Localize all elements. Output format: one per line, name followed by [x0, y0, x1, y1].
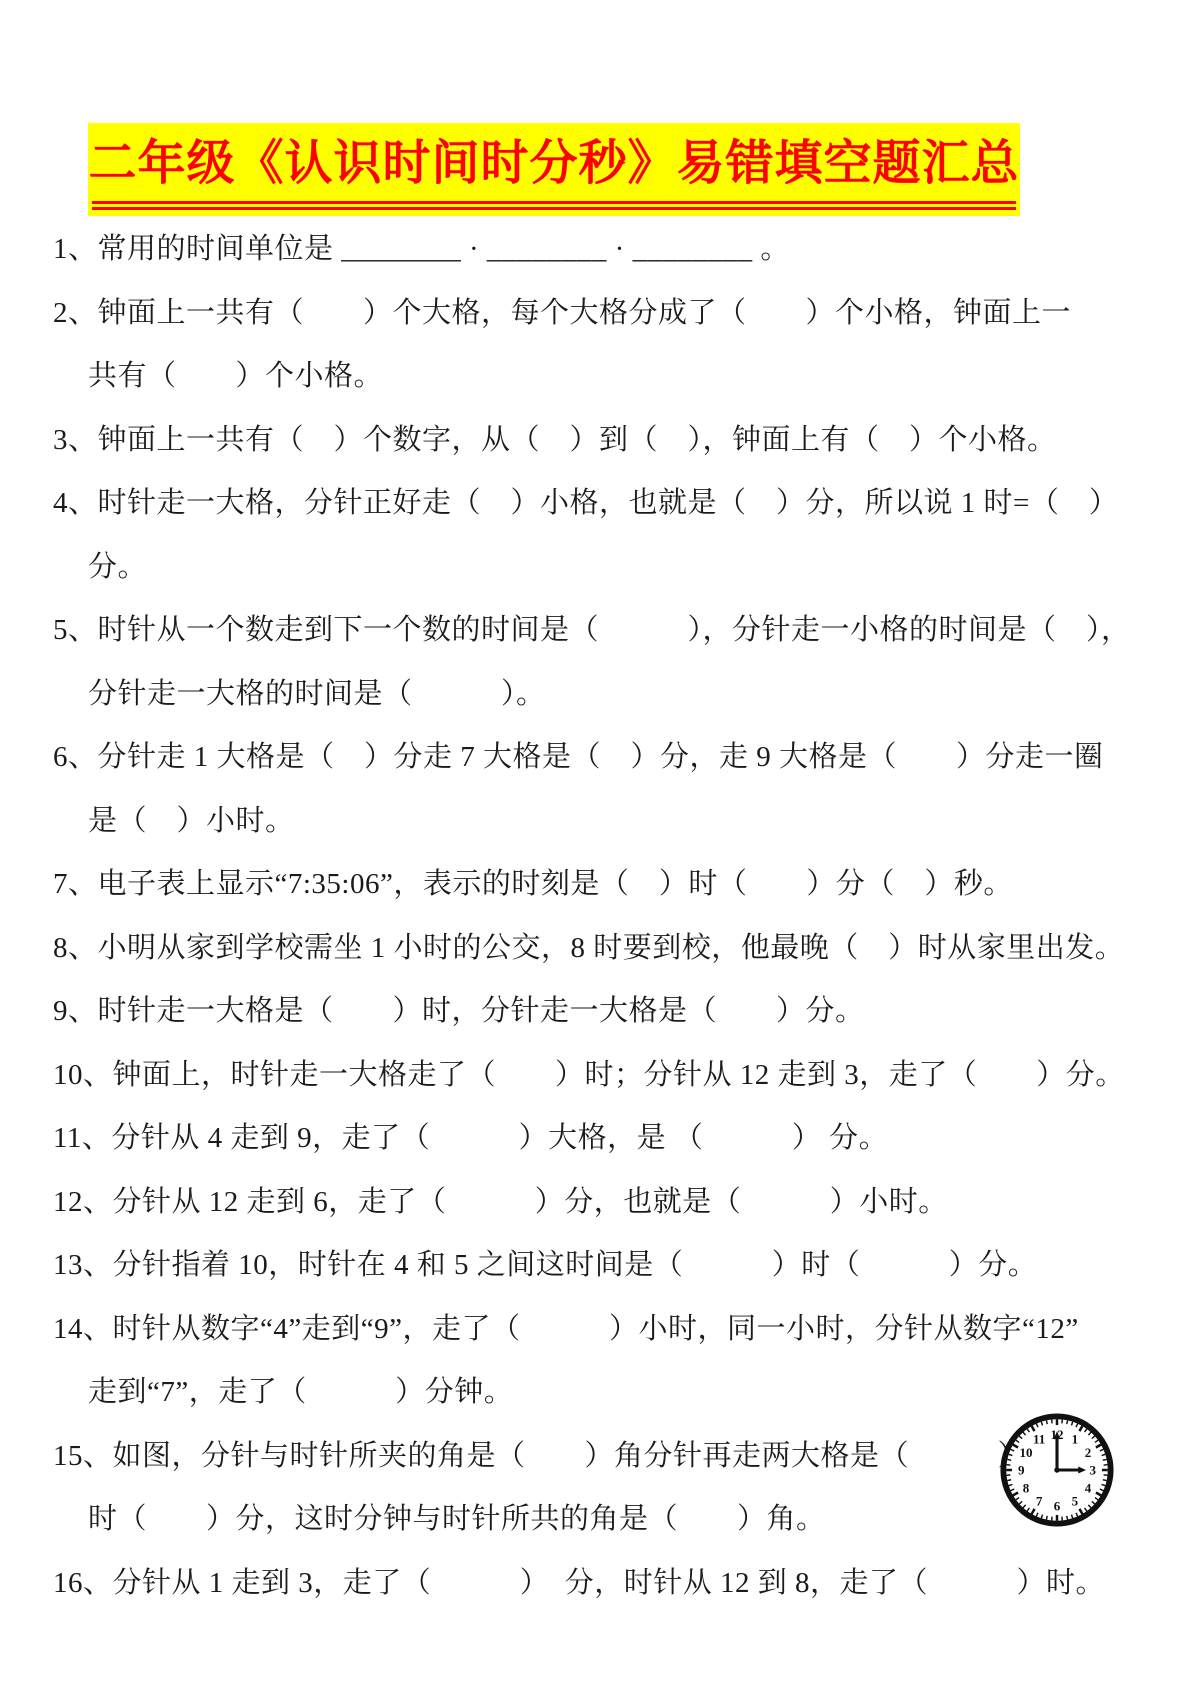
- question-line: 10、钟面上，时针走一大格走了（ ）时；分针从 12 走到 3，走了（ ）分。: [53, 1041, 1163, 1105]
- question-line: 14、时针从数字“4”走到“9”，走了（ ）小时，同一小时，分针从数字“12”: [53, 1295, 1163, 1359]
- svg-text:10: 10: [1020, 1445, 1034, 1460]
- question-line: 15、如图，分针与时针所夹的角是（ ）角分针再走两大格是（ ）: [53, 1422, 1163, 1486]
- question-line: 是（ ）小时。: [53, 787, 1163, 851]
- svg-text:4: 4: [1085, 1481, 1092, 1496]
- question-line: 1、常用的时间单位是 ________ · ________ · _______…: [53, 215, 1163, 279]
- question-line: 8、小明从家到学校需坐 1 小时的公交，8 时要到校，他最晚（ ）时从家里出发。: [53, 914, 1163, 978]
- question-line: 7、电子表上显示“7:35:06”，表示的时刻是（ ）时（ ）分（ ）秒。: [53, 850, 1163, 914]
- question-line: 共有（ ）个小格。: [53, 342, 1163, 406]
- question-line: 分。: [53, 533, 1163, 597]
- svg-text:5: 5: [1072, 1494, 1079, 1509]
- question-line: 13、分针指着 10，时针在 4 和 5 之间这时间是（ ）时（ ）分。: [53, 1231, 1163, 1295]
- clock-face: 123456789101112: [999, 1412, 1115, 1528]
- question-line: 走到“7”，走了（ ）分钟。: [53, 1358, 1163, 1422]
- title-underline: [92, 201, 1016, 210]
- question-line: 4、时针走一大格，分针正好走（ ）小格，也就是（ ）分，所以说 1 时=（ ）: [53, 469, 1163, 533]
- question-line: 3、钟面上一共有（ ）个数字，从（ ）到（ ），钟面上有（ ）个小格。: [53, 406, 1163, 470]
- question-line: 分针走一大格的时间是（ ）。: [53, 660, 1163, 724]
- question-line: 12、分针从 12 走到 6，走了（ ）分，也就是（ ）小时。: [53, 1168, 1163, 1232]
- svg-text:11: 11: [1033, 1432, 1045, 1447]
- title-banner: 二年级《认识时间时分秒》易错填空题汇总: [88, 123, 1020, 216]
- svg-text:3: 3: [1090, 1463, 1097, 1478]
- clock-image: 123456789101112: [999, 1412, 1115, 1528]
- question-line: 11、分针从 4 走到 9，走了（ ）大格，是 （ ） 分。: [53, 1104, 1163, 1168]
- question-line: 9、时针走一大格是（ ）时，分针走一大格是（ ）分。: [53, 977, 1163, 1041]
- svg-text:9: 9: [1018, 1463, 1025, 1478]
- svg-text:6: 6: [1054, 1498, 1061, 1513]
- svg-text:2: 2: [1085, 1445, 1092, 1460]
- question-line: 16、分针从 1 走到 3，走了（ ） 分，时针从 12 到 8，走了（ ）时。: [53, 1549, 1163, 1613]
- page-title: 二年级《认识时间时分秒》易错填空题汇总: [88, 140, 1019, 200]
- svg-text:7: 7: [1036, 1494, 1043, 1509]
- question-line: 2、钟面上一共有（ ）个大格，每个大格分成了（ ）个小格，钟面上一: [53, 279, 1163, 343]
- question-line: 5、时针从一个数走到下一个数的时间是（ ），分针走一小格的时间是（ ），: [53, 596, 1163, 660]
- questions-list: 1、常用的时间单位是 ________ · ________ · _______…: [53, 215, 1163, 1612]
- svg-text:1: 1: [1072, 1432, 1079, 1447]
- question-line: 时（ ）分，这时分钟与时针所共的角是（ ）角。: [53, 1485, 1163, 1549]
- svg-text:8: 8: [1023, 1481, 1030, 1496]
- worksheet-page: 二年级《认识时间时分秒》易错填空题汇总 1、常用的时间单位是 ________ …: [0, 0, 1191, 1684]
- question-line: 6、分针走 1 大格是（ ）分走 7 大格是（ ）分，走 9 大格是（ ）分走一…: [53, 723, 1163, 787]
